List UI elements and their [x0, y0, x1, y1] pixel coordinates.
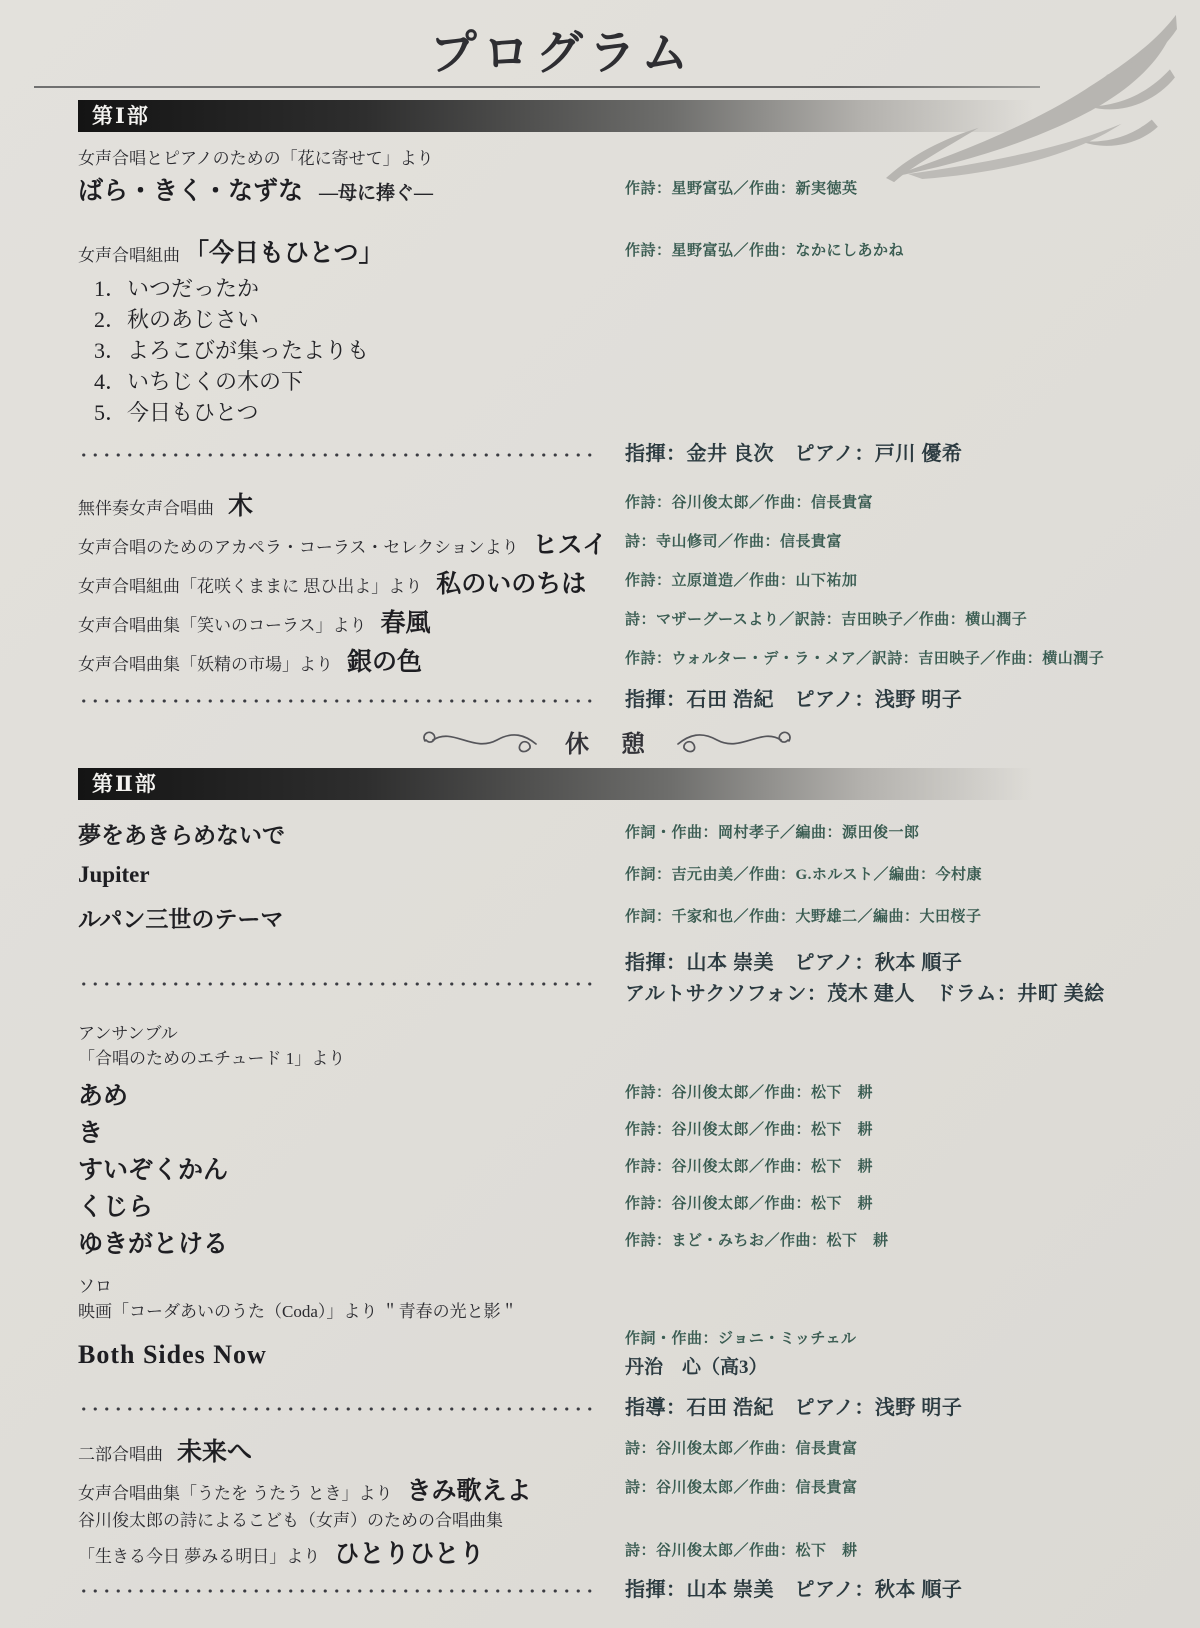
song-title: くじら [78, 1194, 153, 1221]
song-title: Jupiter [78, 862, 150, 887]
song-title: きみ歌えよ [407, 1478, 532, 1505]
conductor-credit: 指揮：石田 浩紀 ピアノ：浅野 明子 [625, 687, 962, 714]
conductor-row: 指揮：石田 浩紀 ピアノ：浅野 明子 [78, 687, 1136, 714]
song-credit: 作詩：谷川俊太郎／作曲：松下 耕 [625, 1120, 1136, 1141]
song-row: Jupiter 作詞：吉元由美／作曲：G.ホルスト／編曲：今村康 [78, 858, 1136, 892]
conductor-credit: 指導：石田 浩紀 ピアノ：浅野 明子 [625, 1395, 962, 1422]
program-page: プログラム 第Ⅰ部 女声合唱とピアノのための「花に寄せて」より ばら・きく・なず… [0, 0, 1200, 1628]
song-row: 女声合唱曲集「うたを うたう とき」よりきみ歌えよ 詩：谷川俊太郎／作曲：信長貴… [78, 1473, 1136, 1504]
solo-label: ソロ [78, 1275, 1136, 1298]
song-title: あめ [78, 1083, 128, 1110]
flourish-icon [671, 725, 797, 757]
song-credit: 作詩：立原道造／作曲：山下祐加 [625, 571, 1136, 592]
song-credit: 作詩：谷川俊太郎／作曲：松下 耕 [625, 1194, 1136, 1215]
song-title: 春風 [381, 610, 431, 637]
song-row: 女声合唱曲集「笑いのコーラス」より春風 詩：マザーグースより／訳詩：吉田映子／作… [78, 605, 1136, 636]
song-credit: 詩：谷川俊太郎／作曲：信長貴富 [625, 1478, 1136, 1499]
song-series: 女声合唱のためのアカペラ・コーラス・セレクションより [78, 538, 519, 557]
song-credit: 作詩：谷川俊太郎／作曲：信長貴富 [625, 493, 1136, 514]
song-title: 夢をあきらめないで [78, 823, 285, 848]
conductor-credit: 指揮：山本 崇美 ピアノ：秋本 順子 [625, 950, 1105, 977]
conductor-row: 指揮：金井 良次 ピアノ：戸川 優希 [78, 441, 1136, 468]
song-title: ゆきがとける [78, 1231, 228, 1258]
song-series: 無伴奏女声合唱曲 [78, 499, 214, 518]
song-title: すいぞくかん [78, 1157, 228, 1184]
ensemble-label: アンサンブル [78, 1022, 1136, 1045]
song-series: 二部合唱曲 [78, 1445, 163, 1464]
part2-header-label: 第Ⅱ部 [92, 772, 158, 796]
song-row: 夢をあきらめないで 作詞・作曲：岡村孝子／編曲：源田俊一郎 [78, 816, 1136, 850]
song-credit: 作詞：千家和也／作曲：大野雄二／編曲：大田桜子 [625, 907, 1136, 928]
song-title: ひとりひとり [334, 1541, 484, 1568]
solo-credit-group: 作詞・作曲：ジョニ・ミッチェル 丹治 心（高3） [625, 1329, 1136, 1381]
song-series: 女声合唱曲集「笑いのコーラス」より [78, 616, 367, 635]
song-credit: 詩：谷川俊太郎／作曲：信長貴富 [625, 1439, 1136, 1460]
dotted-leader [78, 451, 598, 459]
song-row: くじら 作詩：谷川俊太郎／作曲：松下 耕 [78, 1189, 1136, 1220]
movement-item: 2．秋のあじさい [78, 305, 1136, 334]
conductor-credit: 指揮：山本 崇美 ピアノ：秋本 順子 [625, 1577, 962, 1604]
song-row: 女声合唱組曲「花咲くままに 思ひ出よ」より私のいのちは 作詩：立原道造／作曲：山… [78, 566, 1136, 597]
song-title: き [78, 1120, 103, 1147]
song-row: あめ 作詩：谷川俊太郎／作曲：松下 耕 [78, 1078, 1136, 1109]
finale-songs: 二部合唱曲未来へ 詩：谷川俊太郎／作曲：信長貴富 女声合唱曲集「うたを うたう … [78, 1434, 1136, 1504]
song-row: ルパン三世のテーマ 作詞：千家和也／作曲：大野雄二／編曲：大田桜子 [78, 900, 1136, 934]
song-title: ルパン三世のテーマ [78, 907, 283, 932]
opening-title-suffix: ―母に捧ぐ― [319, 183, 433, 204]
ensemble-songs: あめ 作詩：谷川俊太郎／作曲：松下 耕 き 作詩：谷川俊太郎／作曲：松下 耕 す… [78, 1078, 1136, 1257]
song-credit: 詩：寺山修司／作曲：信長貴富 [625, 532, 1136, 553]
movement-item: 4．いちじくの木の下 [78, 367, 1136, 396]
conductor-credit: 指揮：金井 良次 ピアノ：戸川 優希 [625, 441, 962, 468]
song-credit: 詩：谷川俊太郎／作曲：松下 耕 [625, 1541, 1136, 1562]
part1-songs: 無伴奏女声合唱曲木 作詩：谷川俊太郎／作曲：信長貴富 女声合唱のためのアカペラ・… [78, 488, 1136, 675]
song-row: 「生きる今日 夢みる明日」よりひとりひとり 詩：谷川俊太郎／作曲：松下 耕 [78, 1536, 1136, 1567]
song-credit: 作詩：谷川俊太郎／作曲：松下 耕 [625, 1083, 1136, 1104]
song-credit: 作詞・作曲：岡村孝子／編曲：源田俊一郎 [625, 823, 1136, 844]
song-credit: 作詩：ウォルター・デ・ラ・メア／訳詩：吉田映子／作曲：横山潤子 [625, 649, 1136, 670]
finale-note: 谷川俊太郎の詩によるこども（女声）のための合唱曲集 [78, 1510, 1136, 1532]
song-series: 「生きる今日 夢みる明日」より [78, 1547, 320, 1566]
suite-credit: 作詩：星野富弘／作曲：なかにしあかね [625, 241, 1136, 262]
opening-title: ばら・きく・なずな [78, 178, 303, 205]
song-series: 女声合唱曲集「妖精の市場」より [78, 655, 333, 674]
dotted-leader [78, 980, 598, 988]
suite-row: 女声合唱組曲「今日もひとつ」 作詩：星野富弘／作曲：なかにしあかね [78, 234, 1136, 268]
intermission: 休 憩 [78, 724, 1136, 758]
solo-row: Both Sides Now 作詞・作曲：ジョニ・ミッチェル 丹治 心（高3） [78, 1329, 1136, 1381]
movement-item: 3．よろこびが集ったよりも [78, 336, 1136, 365]
solo-performer: 丹治 心（高3） [625, 1354, 1136, 1381]
ensemble-series: 「合唱のためのエチュード 1」より [78, 1047, 1136, 1070]
suite-title: 「今日もひとつ」 [184, 240, 384, 267]
conductor-credit: アルトサクソフォン：茂木 建人 ドラム：井町 美絵 [625, 981, 1105, 1008]
song-credit: 詩：マザーグースより／訳詩：吉田映子／作曲：横山潤子 [625, 610, 1136, 631]
song-title: ヒスイ [533, 532, 608, 559]
dotted-leader [78, 1405, 598, 1413]
dotted-leader [78, 697, 598, 705]
part2-pop-songs: 夢をあきらめないで 作詞・作曲：岡村孝子／編曲：源田俊一郎 Jupiter 作詞… [78, 816, 1136, 934]
dotted-leader [78, 1587, 598, 1595]
conductor-row: 指揮：山本 崇美 ピアノ：秋本 順子 アルトサクソフォン：茂木 建人 ドラム：井… [78, 950, 1136, 1008]
song-row: 女声合唱曲集「妖精の市場」より銀の色 作詩：ウォルター・デ・ラ・メア／訳詩：吉田… [78, 644, 1136, 675]
song-row: 二部合唱曲未来へ 詩：谷川俊太郎／作曲：信長貴富 [78, 1434, 1136, 1465]
song-row: ゆきがとける 作詩：まど・みちお／作曲：松下 耕 [78, 1226, 1136, 1257]
solo-title: Both Sides Now [78, 1340, 267, 1369]
song-row: すいぞくかん 作詩：谷川俊太郎／作曲：松下 耕 [78, 1152, 1136, 1183]
part1-header-label: 第Ⅰ部 [92, 104, 150, 128]
flourish-icon [417, 725, 543, 757]
song-credit: 作詞：吉元由美／作曲：G.ホルスト／編曲：今村康 [625, 865, 1136, 886]
song-credit: 作詩：まど・みちお／作曲：松下 耕 [625, 1231, 1136, 1252]
conductor-credit-group: 指揮：山本 崇美 ピアノ：秋本 順子 アルトサクソフォン：茂木 建人 ドラム：井… [625, 950, 1105, 1008]
suite-genre: 女声合唱組曲 [78, 246, 180, 265]
part2-header-bar: 第Ⅱ部 [78, 768, 1034, 800]
song-series: 女声合唱組曲「花咲くままに 思ひ出よ」より [78, 577, 422, 596]
song-credit: 作詩：谷川俊太郎／作曲：松下 耕 [625, 1157, 1136, 1178]
suite-movements: 1．いつだったか 2．秋のあじさい 3．よろこびが集ったよりも 4．いちじくの木… [78, 274, 1136, 427]
intermission-label: 休 憩 [565, 724, 649, 759]
song-title: 未来へ [177, 1439, 252, 1466]
conductor-row: 指導：石田 浩紀 ピアノ：浅野 明子 [78, 1395, 1136, 1422]
song-row: 無伴奏女声合唱曲木 作詩：谷川俊太郎／作曲：信長貴富 [78, 488, 1136, 519]
wing-decoration-icon [882, 6, 1184, 184]
song-series: 女声合唱曲集「うたを うたう とき」より [78, 1484, 393, 1503]
song-row: き 作詩：谷川俊太郎／作曲：松下 耕 [78, 1115, 1136, 1146]
song-title: 私のいのちは [436, 571, 586, 598]
movement-item: 1．いつだったか [78, 274, 1136, 303]
opening-title-group: ばら・きく・なずな ―母に捧ぐ― [78, 171, 625, 207]
solo-credit: 作詞・作曲：ジョニ・ミッチェル [625, 1329, 1136, 1350]
song-row: 女声合唱のためのアカペラ・コーラス・セレクションよりヒスイ 詩：寺山修司／作曲：… [78, 527, 1136, 558]
conductor-row: 指揮：山本 崇美 ピアノ：秋本 順子 [78, 1577, 1136, 1604]
song-title: 木 [228, 493, 253, 520]
solo-series: 映画「コーダあいのうた（Coda）」より ＂青春の光と影＂ [78, 1300, 1136, 1323]
suite-title-group: 女声合唱組曲「今日もひとつ」 [78, 233, 625, 269]
movement-item: 5．今日もひとつ [78, 398, 1136, 427]
song-title: 銀の色 [347, 649, 422, 676]
